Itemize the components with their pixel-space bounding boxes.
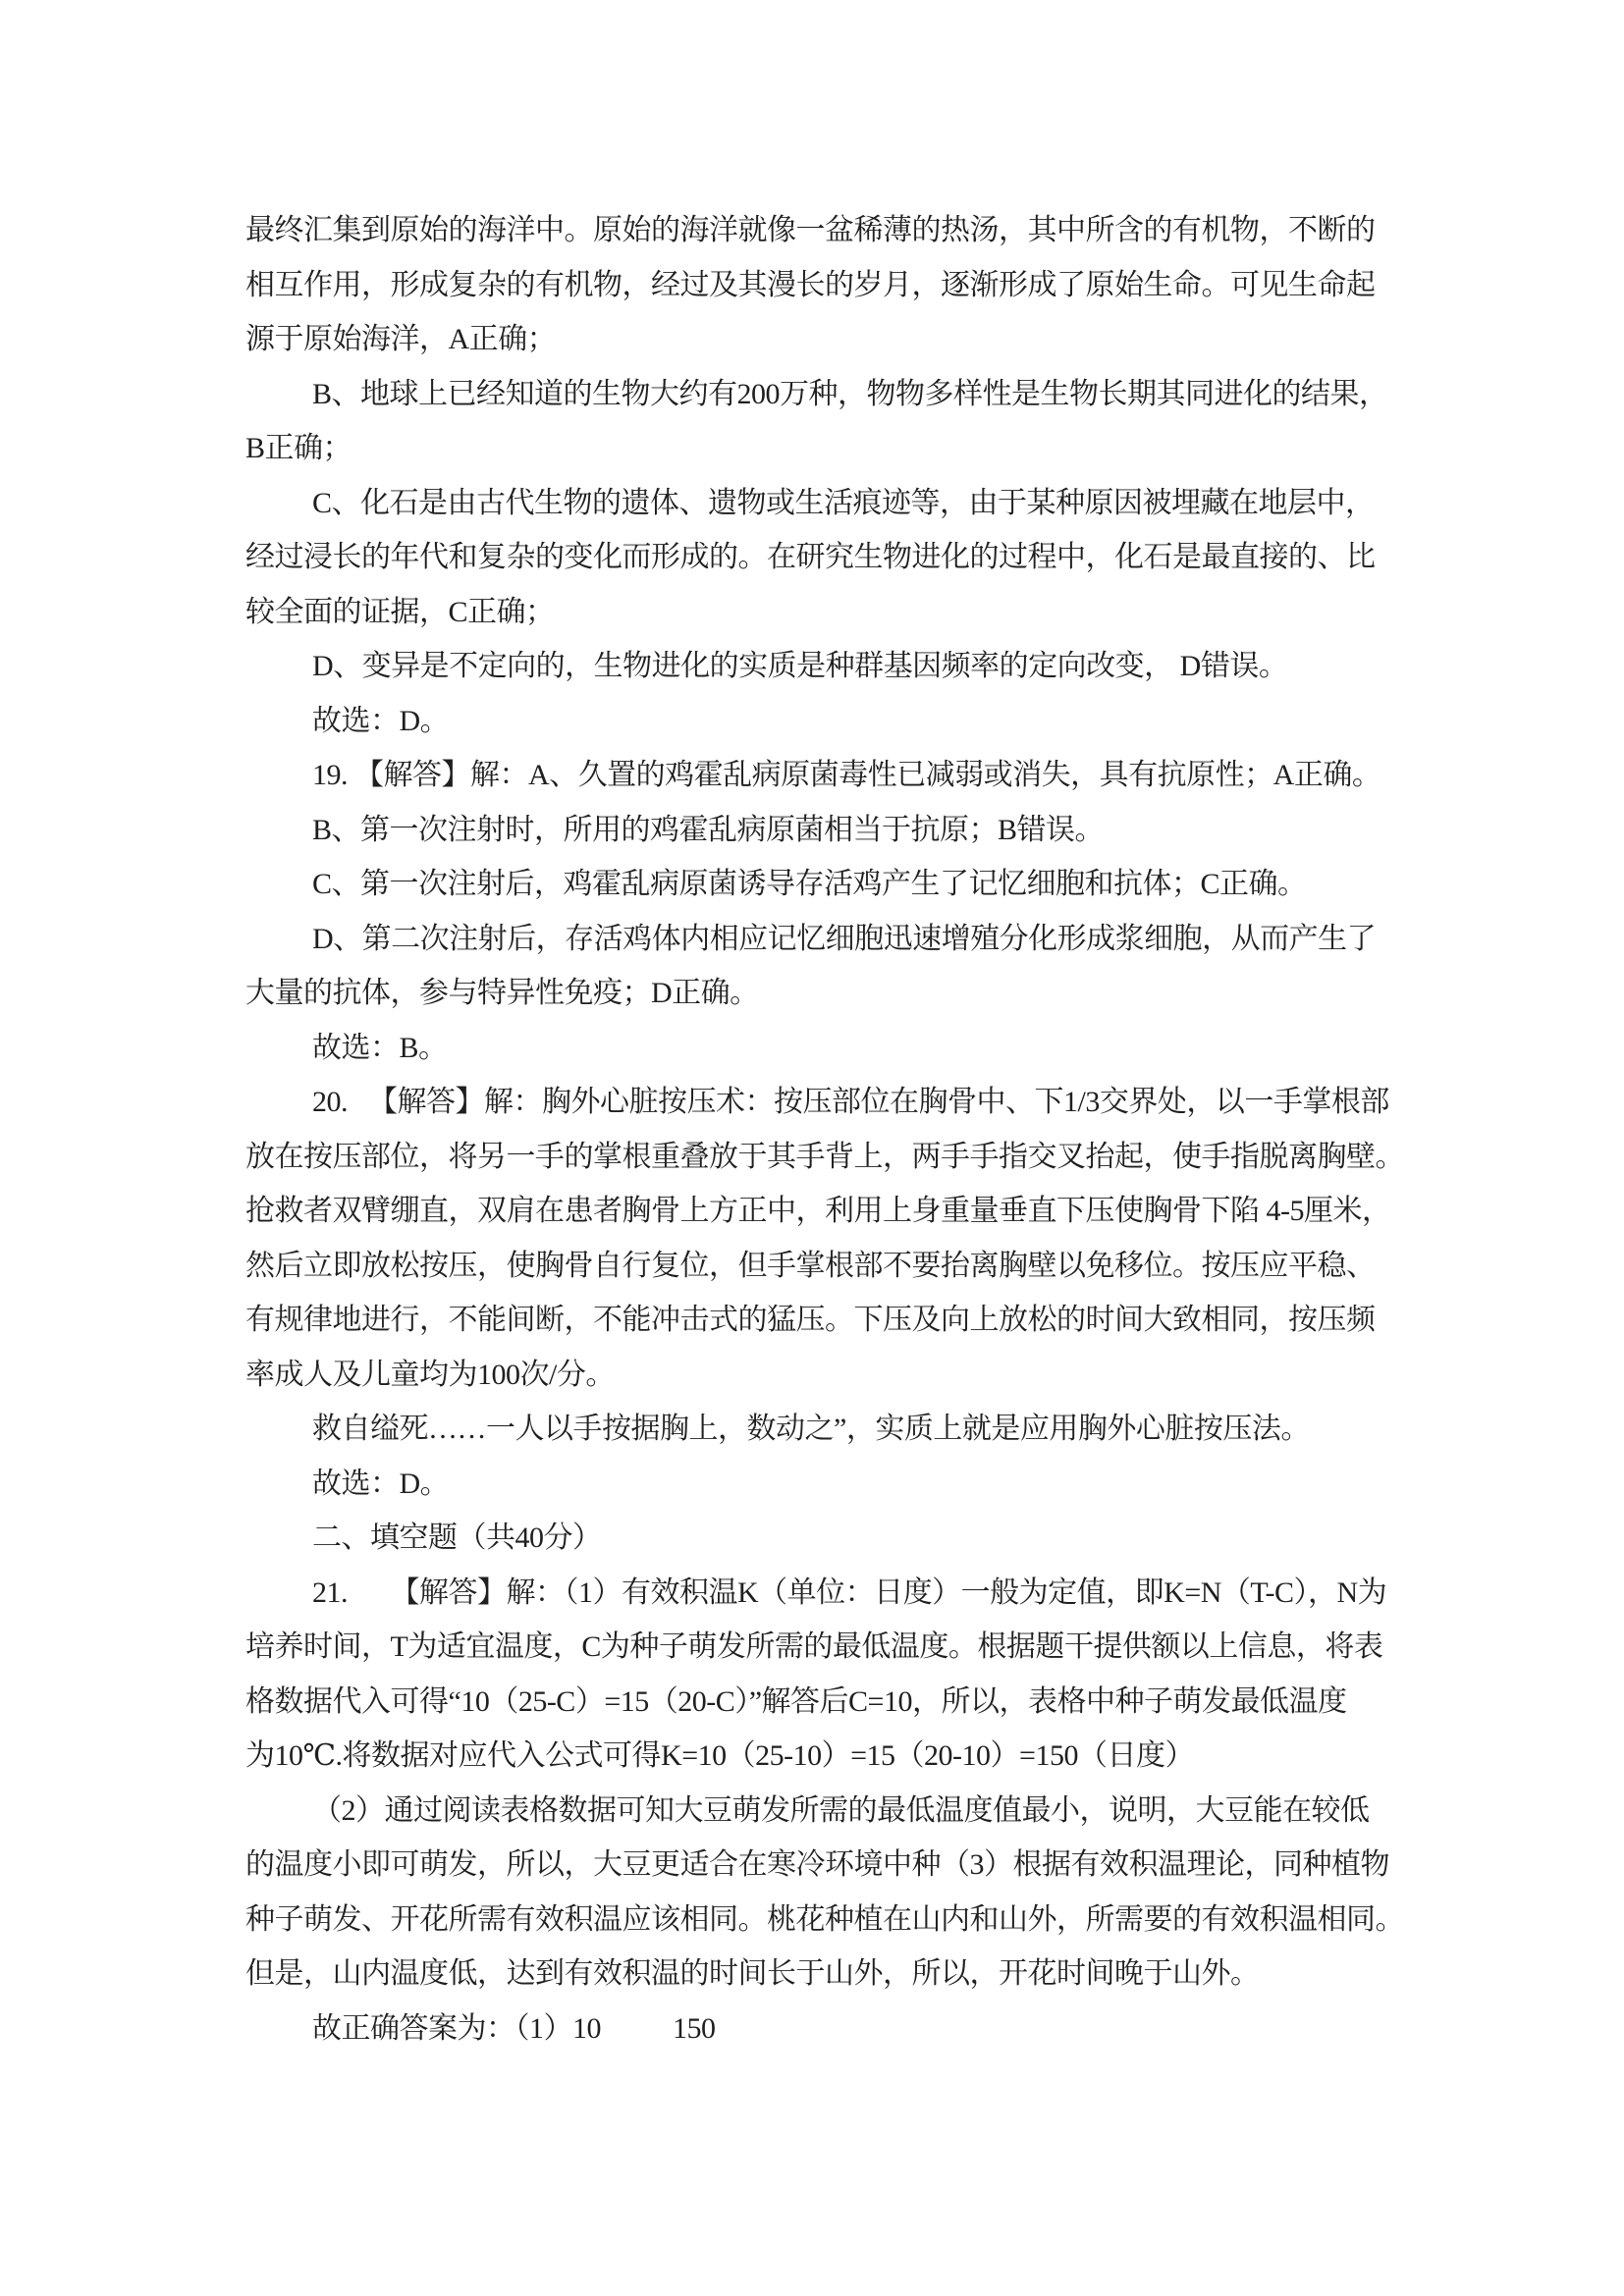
text-line-29: 为10℃.将数据对应代入公式可得K=10（25-10）=15（20-10）=15… (245, 1729, 1384, 1784)
text-line-2: 相互作用，形成复杂的有机物，经过及其漫长的岁月，逐渐形成了原始生命。可见生命起 (245, 258, 1384, 313)
text-line-17: 20. 【解答】解：胸外心脏按压术：按压部位在胸骨中、下1/3交界处，以一手掌根… (245, 1075, 1384, 1130)
text-line-24: 故选：D。 (245, 1457, 1384, 1512)
text-line-30: （2）通过阅读表格数据可知大豆萌发所需的最低温度值最小，说明，大豆能在较低 (245, 1784, 1384, 1839)
text-line-21: 有规律地进行，不能间断，不能冲击式的猛压。下压及向上放松的时间大致相同，按压频 (245, 1293, 1384, 1348)
text-line-11: 19. 【解答】解：A、久置的鸡霍乱病原菌毒性已减弱或消失，具有抗原性；A正确。 (245, 748, 1384, 803)
text-line-8: 较全面的证据，C正确； (245, 585, 1384, 640)
text-line-33: 但是，山内温度低，达到有效积温的时间长于山外，所以，开花时间晚于山外。 (245, 1947, 1384, 2002)
text-line-26: 21. 【解答】解：（1）有效积温K（单位：日度）一般为定值，即K=N（T-C）… (245, 1566, 1384, 1621)
text-line-19: 抢救者双臂绷直，双肩在患者胸骨上方正中，利用上身重量垂直下压使胸骨下陷 4-5厘… (245, 1184, 1384, 1239)
text-line-27: 培养时间，T为适宜温度，C为种子萌发所需的最低温度。根据题干提供额以上信息，将表 (245, 1620, 1384, 1675)
text-line-6: C、化石是由古代生物的遗体、遗物或生活痕迹等，由于某种原因被埋藏在地层中， (245, 476, 1384, 531)
text-line-9: D、变异是不定向的，生物进化的实质是种群基因频率的定向改变， D错误。 (245, 639, 1384, 694)
text-line-20: 然后立即放松按压，使胸骨自行复位，但手掌根部不要抬离胸壁以免移位。按压应平稳、 (245, 1239, 1384, 1294)
text-line-28: 格数据代入可得“10（25-C）=15（20-C）”解答后C=10，所以，表格中… (245, 1675, 1384, 1730)
text-line-4: B、地球上已经知道的生物大约有200万种，物物多样性是生物长期其同进化的结果， (245, 367, 1384, 422)
text-line-32: 种子萌发、开花所需有效积温应该相同。桃花种植在山内和山外，所需要的有效积温相同。 (245, 1893, 1384, 1948)
text-line-16: 故选：B。 (245, 1021, 1384, 1076)
text-line-15: 大量的抗体，参与特异性免疫；D正确。 (245, 966, 1384, 1021)
text-line-14: D、第二次注射后，存活鸡体内相应记忆细胞迅速增殖分化形成浆细胞，从而产生了 (245, 912, 1384, 967)
text-line-3: 源于原始海洋，A正确； (245, 312, 1384, 367)
text-line-12: B、第一次注射时，所用的鸡霍乱病原菌相当于抗原；B错误。 (245, 803, 1384, 858)
text-line-7: 经过浸长的年代和复杂的变化而形成的。在研究生物进化的过程中，化石是最直接的、比 (245, 530, 1384, 585)
text-line-18: 放在按压部位，将另一手的掌根重叠放于其手背上，两手手指交叉抬起，使手指脱离胸壁。 (245, 1130, 1384, 1185)
text-line-1: 最终汇集到原始的海洋中。原始的海洋就像一盆稀薄的热汤，其中所含的有机物，不断的 (245, 203, 1384, 258)
text-line-10: 故选：D。 (245, 694, 1384, 749)
text-line-23: 救自缢死……一人以手按据胸上，数动之”，实质上就是应用胸外心脏按压法。 (245, 1402, 1384, 1457)
text-line-13: C、第一次注射后，鸡霍乱病原菌诱导存活鸡产生了记忆细胞和抗体；C正确。 (245, 857, 1384, 912)
text-line-22: 率成人及儿童均为100次/分。 (245, 1348, 1384, 1403)
document-text-block: 最终汇集到原始的海洋中。原始的海洋就像一盆稀薄的热汤，其中所含的有机物，不断的相… (245, 203, 1384, 2056)
text-line-31: 的温度小即可萌发，所以，大豆更适合在寒冷环境中种（3）根据有效积温理论，同种植物 (245, 1838, 1384, 1893)
text-line-34: 故正确答案为：（1）10 150 (245, 2002, 1384, 2056)
answer-document-page: 最终汇集到原始的海洋中。原始的海洋就像一盆稀薄的热汤，其中所含的有机物，不断的相… (0, 0, 1624, 2296)
text-line-25: 二、填空题（共40分） (245, 1511, 1384, 1566)
text-line-5: B正确； (245, 421, 1384, 476)
